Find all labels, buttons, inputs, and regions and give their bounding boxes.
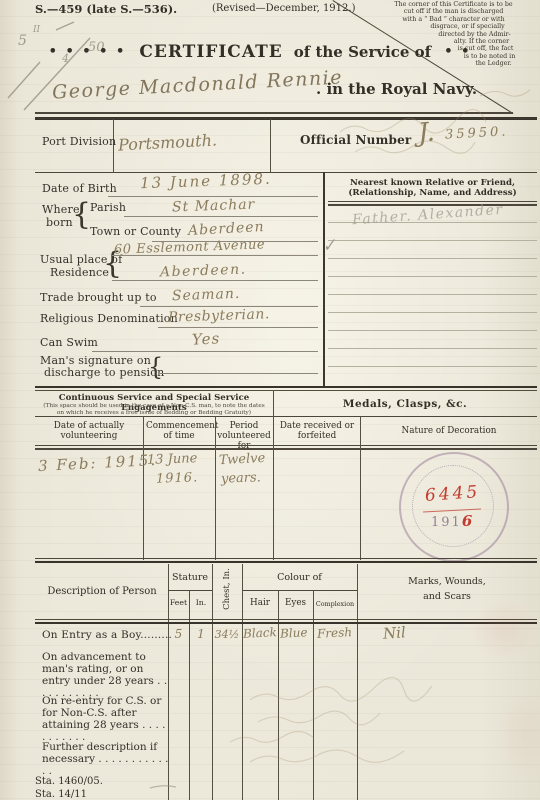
vline-details-divider (323, 172, 325, 387)
relative-ruled-line (328, 330, 537, 331)
relative-value: Father. Alexander (352, 202, 504, 229)
rule-relative-1 (328, 201, 537, 202)
desc-col-eyes: Eyes (278, 598, 313, 608)
relative-ruled-line (328, 276, 537, 277)
vline-desc-comp-marks (357, 564, 358, 800)
rule-desc-top-thin (35, 558, 537, 559)
vline-desc-in-chest (212, 564, 213, 800)
entry-complexion: Fresh (317, 625, 353, 641)
uline-religion (158, 327, 318, 328)
vline-engage-3 (360, 416, 361, 560)
engagement-commencement-1: 13 June (147, 451, 198, 468)
rule-colour-split (242, 590, 357, 591)
rule-relative-2 (328, 204, 537, 206)
desc-col-marks-1: Marks, Wounds, (360, 576, 534, 587)
certificate-title: • • • • • CERTIFICATE of the Service of … (40, 42, 480, 62)
uline-residence-2 (112, 280, 318, 281)
rule-desc-head-bot1 (35, 619, 537, 620)
rule-engage-colhead-bot2 (35, 448, 537, 450)
trade-value: Seaman. (172, 286, 241, 304)
rule-engage-colhead-bot1 (35, 445, 537, 446)
rule-under-name (35, 112, 513, 114)
title-dots-left: • • • • • (49, 44, 127, 59)
certificate-page: S.—459 (late S.—536). (Revised—December,… (0, 0, 540, 800)
paper-stain (495, 690, 540, 780)
port-division-label: Port Division (42, 135, 116, 148)
date-stamp-inner-ring (412, 465, 494, 547)
title-word: CERTIFICATE (139, 42, 282, 62)
engagement-period-2: years. (221, 470, 261, 486)
vline-engage-medals (273, 390, 274, 560)
entry-eyes: Blue (280, 625, 308, 640)
trade-label: Trade brought up to (40, 291, 157, 304)
entry-hair: Black (243, 625, 277, 641)
religion-value: Presbyterian. (168, 306, 270, 326)
relative-header-1: Nearest known Relative or Friend, (330, 178, 535, 188)
title-rest: of the Service of (294, 43, 431, 61)
relative-ruled-line (328, 294, 537, 295)
relative-ruled-line (328, 240, 537, 241)
parish-label: Parish (90, 201, 126, 214)
desc-row-entry-label: On Entry as a Boy......... (42, 629, 172, 641)
form-revision: (Revised—December, 1912.) (212, 3, 355, 14)
where-born-label-2: born (46, 216, 73, 229)
desc-col-chest: Chest, In. (222, 565, 232, 613)
official-number-value: 35950. (445, 124, 509, 142)
desc-row-further-label: Further description if necessary . . . .… (42, 741, 172, 777)
residence-label-2: Residence (50, 266, 109, 279)
vline-port-2 (270, 119, 271, 172)
relative-header-2: (Relationship, Name, and Address) (330, 188, 535, 198)
form-number: S.—459 (late S.—536). (35, 2, 177, 16)
footer-sta-1: Sta. 1460/05. (35, 776, 103, 787)
rule-engage-top-heavy (35, 386, 537, 388)
desc-row-advancement-label: On advancement to man's rating, or on en… (42, 651, 172, 699)
desc-col-stature: Stature (168, 572, 212, 583)
desc-col-hair: Hair (242, 598, 278, 608)
rule-port-bottom (35, 172, 537, 173)
engagements-subtitle: (This space should be used in the case o… (42, 403, 266, 416)
stamp-number: 6445 (424, 482, 481, 506)
rule-desc-head-bot2 (35, 622, 537, 624)
town-value: Aberdeen (188, 219, 265, 239)
col-commencement: Commencement of time (146, 421, 212, 441)
pencil-mark-ii: II (33, 25, 40, 35)
stamp-year: 1916 (431, 512, 474, 530)
relative-ruled-line (328, 366, 537, 367)
col-period: Period volunteered for (216, 421, 272, 451)
relative-ruled-line (328, 348, 537, 349)
desc-col-feet: Feet (168, 598, 189, 607)
where-born-brace: { (72, 200, 91, 230)
can-swim-value: Yes (192, 329, 221, 348)
residence-line2: Aberdeen. (160, 261, 247, 280)
official-number-prefix: J. (417, 117, 436, 148)
can-swim-label: Can Swim (40, 336, 98, 349)
date-stamp: 6445 1916 (399, 452, 509, 562)
vline-engage-2 (215, 416, 216, 560)
pencil-mark-5: 5 (18, 33, 27, 49)
entry-chest: 34½ (212, 628, 242, 641)
col-date-received: Date received or forfeited (278, 421, 356, 441)
engagement-period-1: Twelve (219, 451, 266, 468)
uline-can-swim (92, 351, 318, 352)
service-member-name: George Macdonald Rennie (52, 66, 344, 103)
official-number-label: Official Number (300, 133, 411, 147)
title-dots-right: • • (444, 44, 471, 59)
uline-residence-1 (112, 255, 318, 256)
footer-sta-2: Sta. 14/11 (35, 789, 87, 800)
uline-signature (160, 373, 318, 374)
checkmark-icon: ✓ (320, 235, 338, 257)
rule-engage-colhead-top (35, 416, 537, 417)
uline-dob (108, 196, 318, 197)
religion-label: Religious Denomination (40, 312, 178, 325)
town-label: Town or County (90, 225, 181, 238)
entry-inches: 1 (190, 627, 212, 641)
rule-stature-split (168, 590, 212, 591)
rule-engage-top-thin (35, 390, 537, 391)
port-division-value: Portsmouth. (118, 130, 218, 154)
desc-col-complexion: Complexion (313, 600, 357, 608)
rule-port-top (35, 117, 537, 120)
relative-ruled-line (328, 258, 537, 259)
entry-feet: 5 (168, 627, 189, 641)
medals-title: Medals, Clasps, &c. (273, 398, 537, 410)
uline-parish (124, 216, 318, 217)
date-of-birth-label: Date of Birth (42, 182, 117, 195)
relative-ruled-line (328, 312, 537, 313)
stamp-year-digit: 6 (462, 512, 474, 530)
engagement-commencement-2: 1916. (156, 470, 199, 486)
signature-brace: { (148, 352, 163, 382)
desc-col-person: Description of Person (38, 586, 166, 597)
col-date-volunteering: Date of actually volunteering (40, 421, 138, 441)
paper-stain (470, 600, 540, 660)
vline-engage-1 (143, 416, 144, 560)
desc-col-marks-2: and Scars (360, 591, 534, 602)
desc-col-colour: Colour of (242, 572, 357, 583)
desc-col-in: In. (190, 598, 212, 607)
rule-desc-top-heavy (35, 561, 537, 563)
signature-label-2: discharge to pension (44, 366, 164, 379)
col-nature-decoration: Nature of Decoration (365, 426, 533, 436)
parish-value: St Machar (172, 197, 256, 216)
date-of-birth-value: 13 June 1898. (140, 170, 272, 193)
desc-row-reentry-label: On re-entry for C.S. or for Non-C.S. aft… (42, 695, 172, 743)
engagement-date-volunteering: 3 Feb: 1915. (38, 451, 158, 475)
title-suffix: . in the Royal Navy. (316, 80, 477, 98)
entry-marks: Nil (382, 623, 406, 643)
